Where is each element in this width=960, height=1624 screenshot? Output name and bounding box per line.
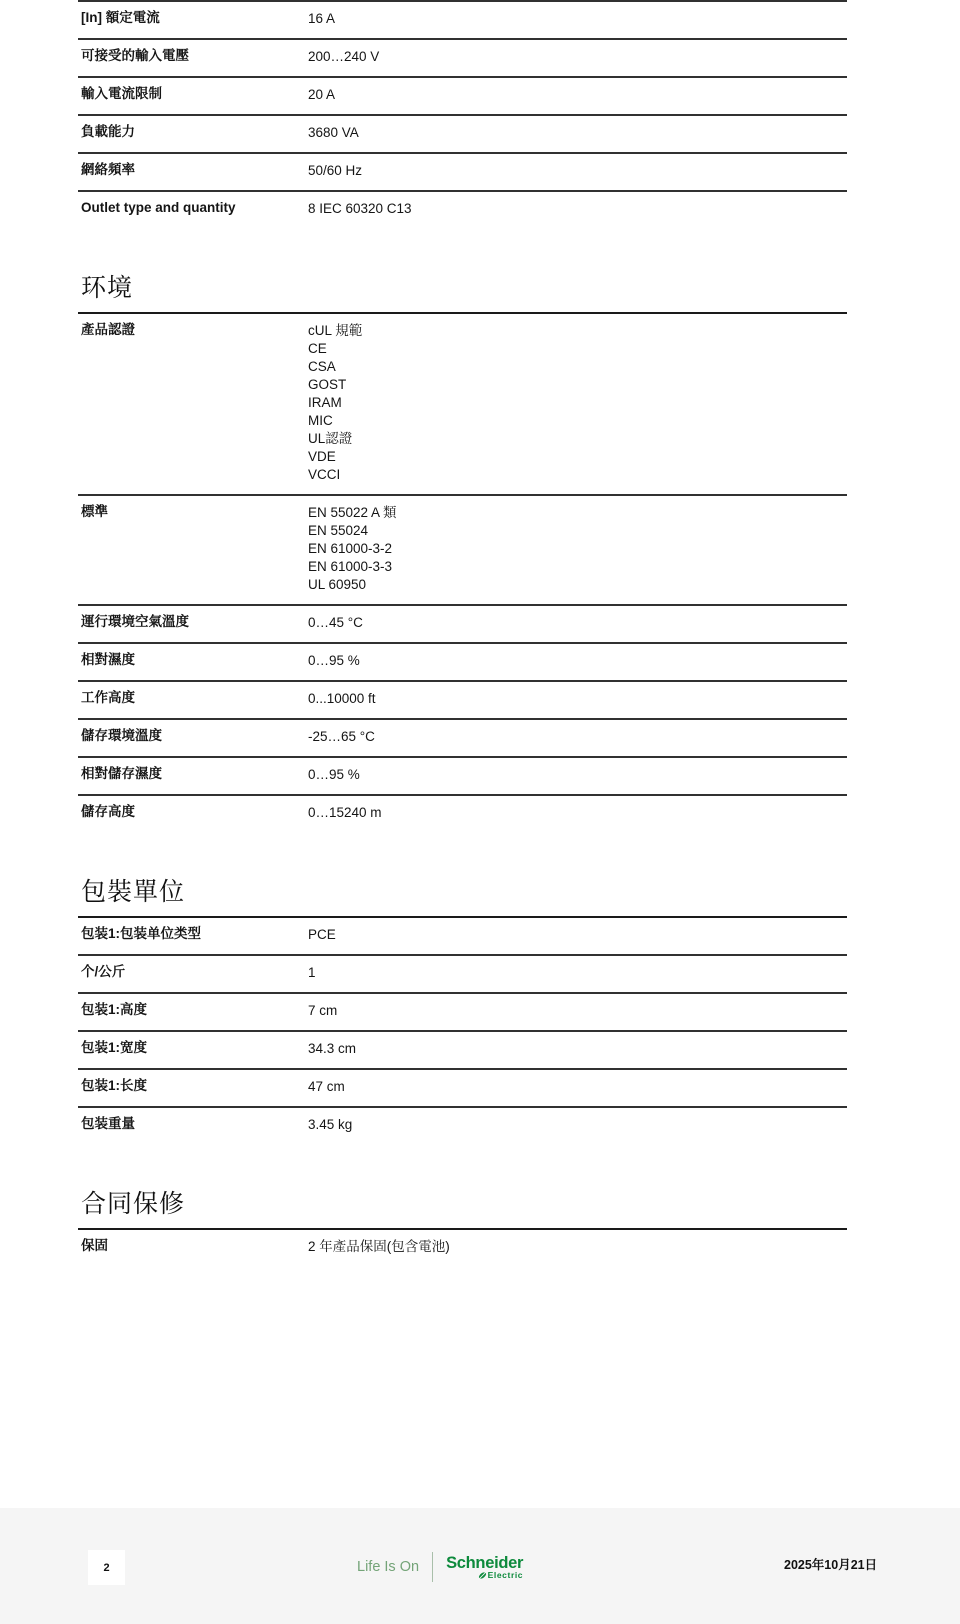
spec-label: 標準 — [78, 503, 308, 594]
spec-value: 3680 VA — [308, 123, 847, 142]
spec-row: 產品認證cUL 規範CECSAGOSTIRAMMICUL認證VDEVCCI — [78, 314, 847, 494]
spec-value-line: EN 55022 A 類 — [308, 504, 847, 522]
section-title-environment: 环境 — [78, 262, 847, 314]
spec-value: 3.45 kg — [308, 1115, 847, 1134]
schneider-brand-name: Schneider — [446, 1554, 523, 1572]
spec-value: 16 A — [308, 9, 847, 28]
spec-value: 0…95 % — [308, 651, 847, 670]
spec-label: 包装重量 — [78, 1115, 308, 1134]
spec-value-line: 0…45 °C — [308, 614, 847, 632]
spec-value-line: cUL 規範 — [308, 322, 847, 340]
spec-label: 儲存環境溫度 — [78, 727, 308, 746]
spec-label: 產品認證 — [78, 321, 308, 484]
spec-row: 包装1:包装单位类型PCE — [78, 918, 847, 954]
spec-table-electrical-continued: [In] 額定電流16 A可接受的輸入電壓200…240 V輸入電流限制20 A… — [78, 0, 847, 228]
spec-label: 儲存高度 — [78, 803, 308, 822]
spec-row: 个/公斤1 — [78, 954, 847, 992]
spec-value-line: EN 61000-3-2 — [308, 540, 847, 558]
spec-label: 輸入電流限制 — [78, 85, 308, 104]
spec-value: 0…45 °C — [308, 613, 847, 632]
spec-value-line: 0…95 % — [308, 766, 847, 784]
spec-row: 包装1:宽度34.3 cm — [78, 1030, 847, 1068]
spec-value: 0...10000 ft — [308, 689, 847, 708]
spec-label: 負載能力 — [78, 123, 308, 142]
spec-label: 相對儲存濕度 — [78, 765, 308, 784]
spec-value-line: CSA — [308, 358, 847, 376]
spec-row: Outlet type and quantity8 IEC 60320 C13 — [78, 190, 847, 228]
spec-value: 2 年產品保固(包含電池) — [308, 1237, 847, 1256]
section-title-warranty: 合同保修 — [78, 1178, 847, 1230]
spec-value-line: UL 60950 — [308, 576, 847, 594]
spec-row: 儲存高度0…15240 m — [78, 794, 847, 832]
spec-row: 可接受的輸入電壓200…240 V — [78, 38, 847, 76]
spec-value-line: 3.45 kg — [308, 1116, 847, 1134]
spec-row: [In] 額定電流16 A — [78, 0, 847, 38]
section-electrical-continued: [In] 額定電流16 A可接受的輸入電壓200…240 V輸入電流限制20 A… — [78, 0, 847, 228]
spec-row: 保固2 年產品保固(包含電池) — [78, 1230, 847, 1266]
spec-value: 50/60 Hz — [308, 161, 847, 180]
spec-row: 包装1:高度7 cm — [78, 992, 847, 1030]
spec-value-line: VDE — [308, 448, 847, 466]
spec-value-line: 1 — [308, 964, 847, 982]
spec-value: 7 cm — [308, 1001, 847, 1020]
logo-divider — [432, 1552, 433, 1582]
section-packing: 包裝單位包装1:包装单位类型PCE个/公斤1包装1:高度7 cm包装1:宽度34… — [78, 866, 847, 1144]
spec-row: 輸入電流限制20 A — [78, 76, 847, 114]
spec-value-line: 3680 VA — [308, 124, 847, 142]
spec-value-line: 200…240 V — [308, 48, 847, 66]
spec-row: 負載能力3680 VA — [78, 114, 847, 152]
schneider-leaf-icon — [478, 1571, 487, 1580]
spec-value: 0…95 % — [308, 765, 847, 784]
spec-value-line: 8 IEC 60320 C13 — [308, 200, 847, 218]
spec-label: 包装1:长度 — [78, 1077, 308, 1096]
spec-row: 標準EN 55022 A 類EN 55024EN 61000-3-2EN 610… — [78, 494, 847, 604]
spec-row: 儲存環境溫度-25…65 °C — [78, 718, 847, 756]
spec-value-line: CE — [308, 340, 847, 358]
spec-value-line: MIC — [308, 412, 847, 430]
spec-value: 20 A — [308, 85, 847, 104]
schneider-electric-label: Electric — [488, 1571, 524, 1580]
spec-content: [In] 額定電流16 A可接受的輸入電壓200…240 V輸入電流限制20 A… — [78, 0, 847, 1266]
spec-label: 相對濕度 — [78, 651, 308, 670]
spec-label: 包装1:宽度 — [78, 1039, 308, 1058]
spec-value: PCE — [308, 925, 847, 944]
spec-value-line: IRAM — [308, 394, 847, 412]
spec-value-line: 0…95 % — [308, 652, 847, 670]
spec-value-line: 7 cm — [308, 1002, 847, 1020]
spec-value-line: 50/60 Hz — [308, 162, 847, 180]
spec-value: 200…240 V — [308, 47, 847, 66]
spec-value: 47 cm — [308, 1077, 847, 1096]
spec-value-line: 34.3 cm — [308, 1040, 847, 1058]
spec-value-line: 0...10000 ft — [308, 690, 847, 708]
spec-label: 工作高度 — [78, 689, 308, 708]
spec-value-line: -25…65 °C — [308, 728, 847, 746]
schneider-wordmark: Schneider Electric — [446, 1555, 523, 1580]
spec-label: [In] 額定電流 — [78, 9, 308, 28]
spec-label: 保固 — [78, 1237, 308, 1256]
spec-value: cUL 規範CECSAGOSTIRAMMICUL認證VDEVCCI — [308, 321, 847, 484]
spec-value-line: 0…15240 m — [308, 804, 847, 822]
spec-label: 運行環境空氣溫度 — [78, 613, 308, 632]
spec-value: EN 55022 A 類EN 55024EN 61000-3-2EN 61000… — [308, 503, 847, 594]
spec-table-warranty: 保固2 年產品保固(包含電池) — [78, 1230, 847, 1266]
spec-label: 網絡頻率 — [78, 161, 308, 180]
section-warranty: 合同保修保固2 年產品保固(包含電池) — [78, 1178, 847, 1266]
spec-label: 个/公斤 — [78, 963, 308, 982]
spec-value-line: PCE — [308, 926, 847, 944]
spec-value: 34.3 cm — [308, 1039, 847, 1058]
spec-value-line: GOST — [308, 376, 847, 394]
section-environment: 环境產品認證cUL 規範CECSAGOSTIRAMMICUL認證VDEVCCI標… — [78, 262, 847, 832]
spec-row: 運行環境空氣溫度0…45 °C — [78, 604, 847, 642]
spec-value-line: 2 年產品保固(包含電池) — [308, 1238, 847, 1256]
spec-label: 可接受的輸入電壓 — [78, 47, 308, 66]
spec-row: 工作高度0...10000 ft — [78, 680, 847, 718]
spec-value-line: 20 A — [308, 86, 847, 104]
section-title-packing: 包裝單位 — [78, 866, 847, 918]
spec-table-packing: 包装1:包装单位类型PCE个/公斤1包装1:高度7 cm包装1:宽度34.3 c… — [78, 918, 847, 1144]
spec-value: 0…15240 m — [308, 803, 847, 822]
spec-value-line: EN 55024 — [308, 522, 847, 540]
spec-table-environment: 產品認證cUL 規範CECSAGOSTIRAMMICUL認證VDEVCCI標準E… — [78, 314, 847, 832]
schneider-logo: Life Is On Schneider Electric — [357, 1552, 523, 1582]
page-number: 2 — [88, 1550, 125, 1585]
spec-row: 包装1:长度47 cm — [78, 1068, 847, 1106]
spec-value: -25…65 °C — [308, 727, 847, 746]
spec-value: 8 IEC 60320 C13 — [308, 199, 847, 218]
spec-label: 包装1:高度 — [78, 1001, 308, 1020]
spec-value-line: 16 A — [308, 10, 847, 28]
datasheet-page: [In] 額定電流16 A可接受的輸入電壓200…240 V輸入電流限制20 A… — [0, 0, 960, 1624]
spec-row: 網絡頻率50/60 Hz — [78, 152, 847, 190]
spec-row: 相對儲存濕度0…95 % — [78, 756, 847, 794]
spec-value-line: VCCI — [308, 466, 847, 484]
page-footer: 2 Life Is On Schneider Electric 2025年10月… — [0, 1508, 960, 1624]
life-is-on-tagline: Life Is On — [357, 1559, 419, 1575]
footer-date: 2025年10月21日 — [784, 1554, 892, 1576]
spec-value-line: 47 cm — [308, 1078, 847, 1096]
spec-label: 包装1:包装单位类型 — [78, 925, 308, 944]
spec-value-line: UL認證 — [308, 430, 847, 448]
spec-row: 包装重量3.45 kg — [78, 1106, 847, 1144]
spec-label: Outlet type and quantity — [78, 199, 308, 218]
spec-value: 1 — [308, 963, 847, 982]
spec-value-line: EN 61000-3-3 — [308, 558, 847, 576]
schneider-brand-sub: Electric — [446, 1571, 523, 1580]
spec-row: 相對濕度0…95 % — [78, 642, 847, 680]
